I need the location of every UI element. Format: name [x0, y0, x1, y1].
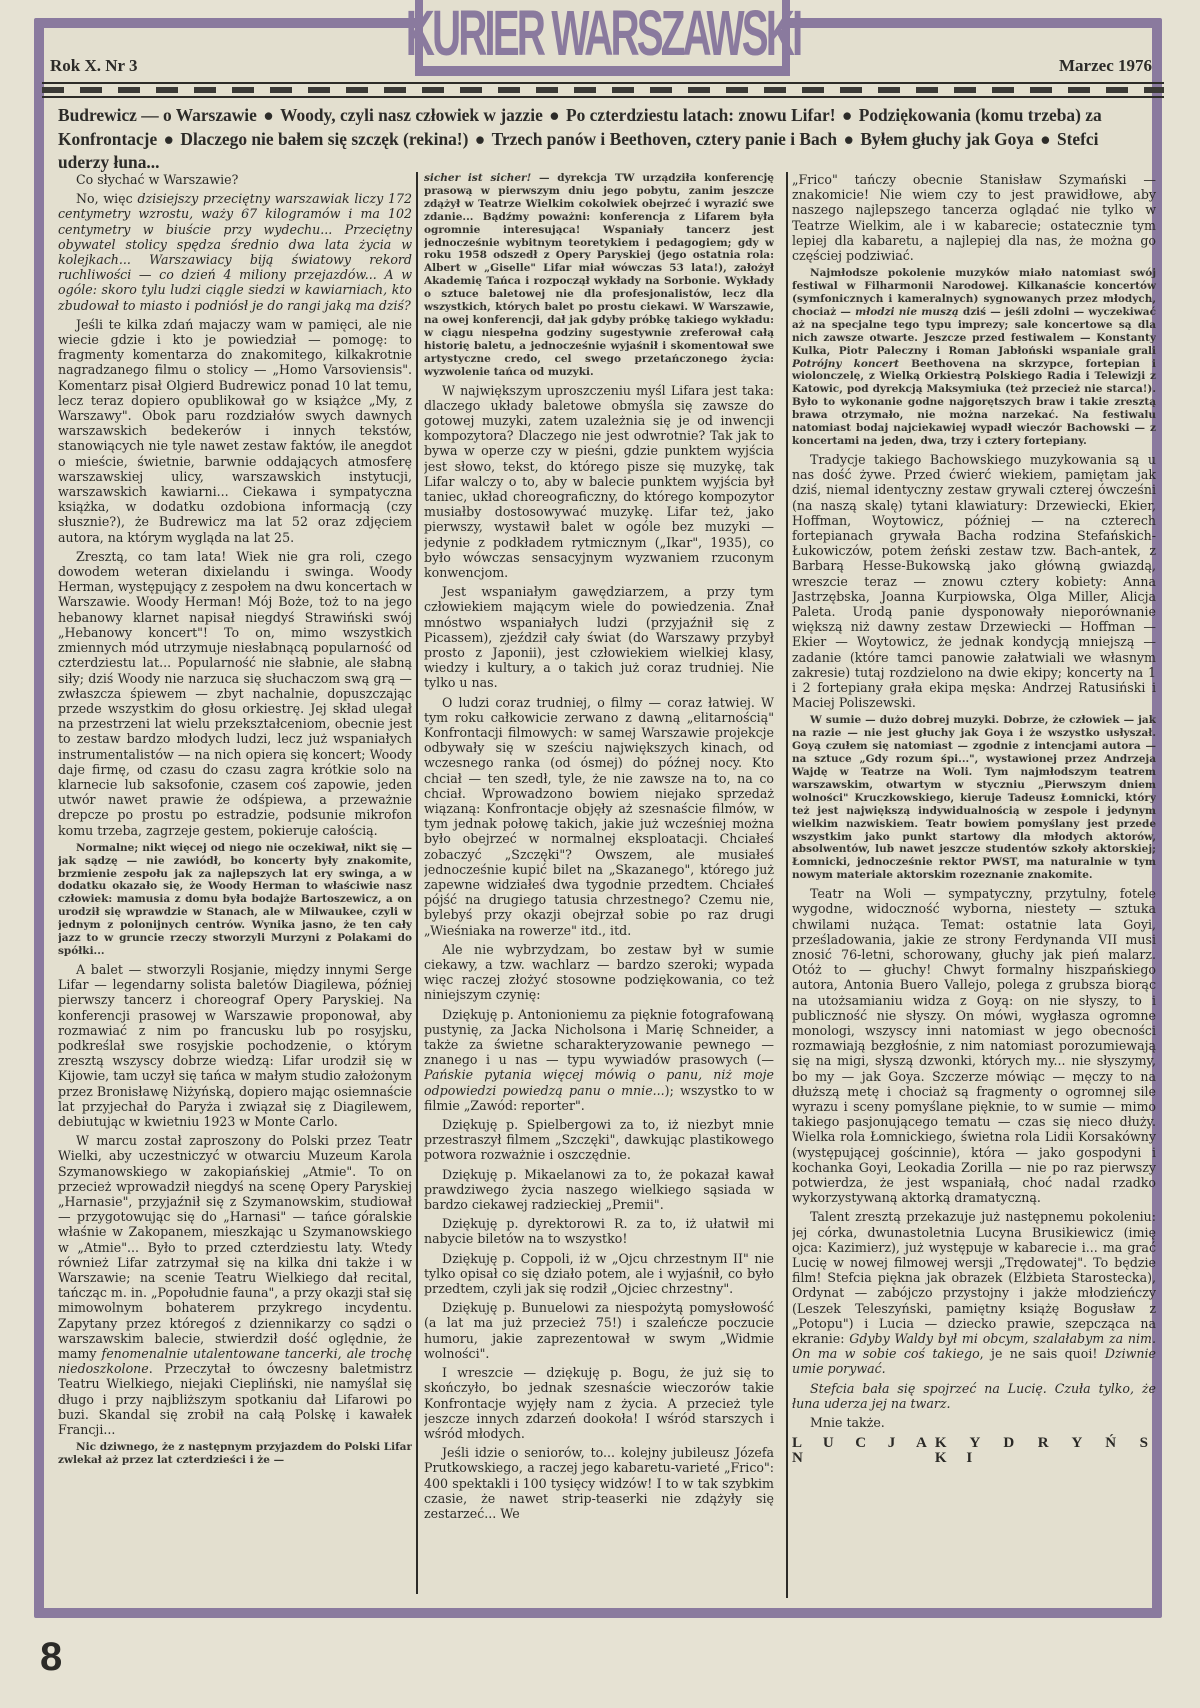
article-paragraph: Teatr na Woli — sympatyczny, przytulny, … [792, 886, 1156, 1205]
summary-topic: Po czterdziestu latach: znowu Lifar! [566, 105, 836, 125]
article-paragraph: No, więc dzisiejszy przeciętny warszawia… [58, 191, 412, 313]
bullet-icon: ● [545, 105, 564, 125]
article-paragraph: Dziękuję p. Bunuelowi za niespożytą pomy… [424, 1300, 774, 1361]
masthead-logo: Kurier Warszawski [405, 1, 800, 65]
column-rule [786, 172, 788, 1598]
article-column-2: sicher ist sicher! — dyrekcja TW urządzi… [424, 172, 774, 1602]
article-paragraph: Stefcia bała się spojrzeć na Lucię. Czuł… [792, 1381, 1156, 1411]
article-column-1: Co słychać w Warszawie?No, więc dzisiejs… [58, 172, 412, 1602]
page-number: 8 [40, 1635, 62, 1680]
contents-summary: Budrewicz — o Warszawie ● Woody, czyli n… [58, 104, 1150, 175]
issue-date: Marzec 1976 [1059, 56, 1152, 76]
article-paragraph: Talent zresztą przekazuje już następnemu… [792, 1209, 1156, 1376]
article-paragraph: Ale nie wybrzydzam, bo zestaw był w sumi… [424, 942, 774, 1003]
article-paragraph: „Frico" tańczy obecnie Stanisław Szymańs… [792, 172, 1156, 263]
article-paragraph: Jeśli idzie o seniorów, to... kolejny ju… [424, 1445, 774, 1521]
bullet-icon: ● [470, 129, 489, 149]
author-signature: L U C J A N K Y D R Y Ń S K I [792, 1436, 1156, 1466]
film-strip-divider [42, 82, 1164, 98]
article-paragraph: I wreszcie — dziękuję p. Bogu, że już si… [424, 1365, 774, 1441]
article-paragraph: Dziękuję p. dyrektorowi R. za to, iż uła… [424, 1216, 774, 1246]
masthead-logo-box: Kurier Warszawski [415, 0, 790, 76]
column-rule [416, 172, 418, 1594]
bullet-icon: ● [259, 105, 278, 125]
article-paragraph: A balet — stworzyli Rosjanie, między inn… [58, 962, 412, 1129]
article-paragraph: Normalne; nikt więcej od niego nie oczek… [58, 842, 412, 958]
article-paragraph: Co słychać w Warszawie? [58, 172, 412, 187]
bullet-icon: ● [159, 129, 178, 149]
article-paragraph: Jeśli te kilka zdań majaczy wam w pamięc… [58, 317, 412, 545]
summary-topic: Budrewicz — o Warszawie [58, 105, 257, 125]
summary-topic: Woody, czyli nasz człowiek w jazzie [280, 105, 543, 125]
article-paragraph: Nic dziwnego, że z następnym przyjazdem … [58, 1441, 412, 1467]
article-paragraph: W sumie — dużo dobrej muzyki. Dobrze, że… [792, 714, 1156, 882]
article-paragraph: W największym uproszczeniu myśl Lifara j… [424, 383, 774, 581]
article-paragraph: Dziękuję p. Coppoli, iż w „Ojcu chrzestn… [424, 1251, 774, 1297]
article-paragraph: Dziękuję p. Antonioniemu za pięknie foto… [424, 1007, 774, 1113]
article-paragraph: Mnie także. [792, 1415, 1156, 1430]
article-paragraph: O ludzi coraz trudniej, o filmy — coraz … [424, 695, 774, 938]
summary-topic: Trzech panów i Beethoven, cztery panie i… [492, 129, 838, 149]
article-column-3: „Frico" tańczy obecnie Stanisław Szymańs… [792, 172, 1156, 1602]
bullet-icon: ● [1036, 129, 1055, 149]
article-paragraph: sicher ist sicher! — dyrekcja TW urządzi… [424, 172, 774, 379]
summary-topic: Dlaczego nie bałem się szczęk (rekina!) [180, 129, 468, 149]
article-paragraph: Jest wspaniałym gawędziarzem, a przy tym… [424, 584, 774, 690]
article-paragraph: Dziękuję p. Spielbergowi za to, iż niezb… [424, 1117, 774, 1163]
bullet-icon: ● [838, 105, 857, 125]
issue-number: Rok X. Nr 3 [50, 56, 138, 76]
author-last-name: K Y D R Y Ń S K I [935, 1436, 1156, 1466]
article-paragraph: W marcu został zaproszony do Polski prze… [58, 1133, 412, 1437]
bullet-icon: ● [839, 129, 858, 149]
article-paragraph: Dziękuję p. Mikaelanowi za to, że pokaza… [424, 1167, 774, 1213]
summary-topic: Byłem głuchy jak Goya [860, 129, 1033, 149]
article-paragraph: Zresztą, co tam lata! Wiek nie gra roli,… [58, 549, 412, 838]
article-paragraph: Tradycje takiego Bachowskiego muzykowani… [792, 452, 1156, 710]
author-first-name: L U C J A N [792, 1436, 935, 1466]
article-paragraph: Najmłodsze pokolenie muzyków miało natom… [792, 267, 1156, 448]
